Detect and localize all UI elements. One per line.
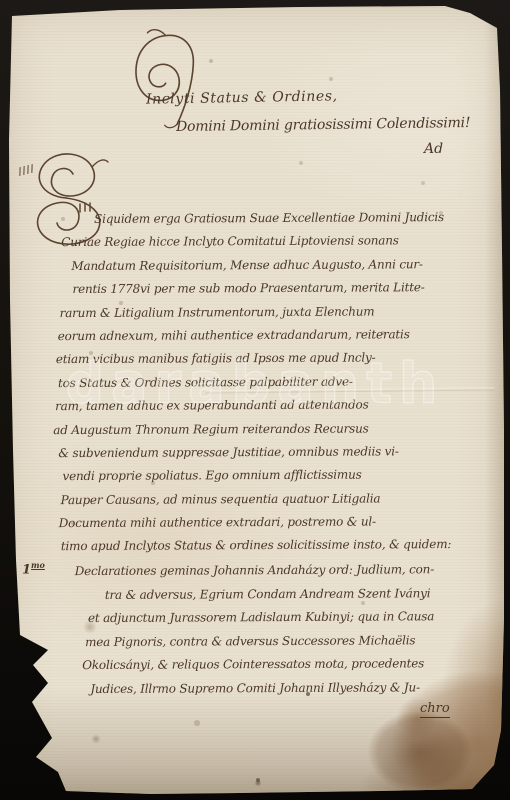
manuscript-line: Curiae Regiae hicce Inclyto Comitatui Li… (61, 229, 494, 255)
manuscript-line: Pauper Causans, ad minus sequentia quatu… (61, 487, 496, 513)
manuscript-line: Siquidem erga Gratiosum Suae Excellentia… (94, 206, 494, 231)
item-number-ordinal: mo (31, 560, 45, 570)
salutation-line-1: Inclyti Status & Ordines, (146, 88, 338, 107)
catchword: chro (420, 701, 450, 718)
manuscript-line: etiam vicibus manibus fatigiis ad Ipsos … (56, 346, 495, 372)
item-number-marker: 1mo (22, 560, 45, 577)
manuscript-line: et adjunctum Jurassorem Ladislaum Kubiny… (88, 605, 505, 631)
manuscript-line: vendi proprie spoliatus. Ego omnium affl… (62, 463, 495, 489)
photo-background: Inclyti Status & Ordines, Domini Domini … (0, 0, 510, 800)
manuscript-line: tos Status & Ordines solicitasse palpabi… (58, 370, 495, 396)
manuscript-line: & subveniendum suppressae Justitiae, omn… (58, 440, 495, 466)
manuscript-line: Documenta mihi authentice extradari, pos… (59, 510, 496, 536)
manuscript-line: Judices, Illrmo Supremo Comiti Johanni I… (90, 675, 505, 701)
manuscript-line: mea Pignoris, contra & adversus Successo… (85, 628, 505, 654)
manuscript-line: Mandatum Requisitorium, Mense adhuc Augu… (71, 253, 494, 279)
manuscript-line: ad Augustum Thronum Regium reiterandos R… (53, 416, 495, 442)
numbered-item-paragraph: Declarationes geminas Johannis Andaházy … (75, 558, 506, 701)
item-number-base: 1 (22, 562, 31, 577)
manuscript-line: rarum & Litigalium Instrumentorum, juxta… (60, 299, 495, 325)
manuscript-page: Inclyti Status & Ordines, Domini Domini … (0, 0, 510, 800)
paper-speckles (0, 0, 2, 2)
manuscript-line: Okolicsányi, & reliquos Cointeressatos m… (82, 652, 505, 678)
main-paragraph: Siquidem erga Gratiosum Suae Excellentia… (49, 206, 496, 559)
manuscript-line: rentis 1778vi per me sub modo Praesentar… (72, 276, 494, 302)
manuscript-line: eorum adnexum, mihi authentice extradand… (58, 323, 495, 349)
manuscript-line: Declarationes geminas Johannis Andaházy … (75, 558, 505, 584)
manuscript-line: timo apud Inclytos Status & ordines soli… (61, 533, 496, 559)
ad-notation: Ad (424, 141, 443, 157)
manuscript-line: tra & adversus, Egrium Condam Andream Sz… (105, 581, 505, 607)
manuscript-line: ram, tamen adhuc ex superabundanti ad at… (55, 393, 495, 419)
salutation-line-2: Domini Domini gratiosissimi Colendissimi… (176, 115, 471, 135)
calligraphic-initial-icon (108, 26, 208, 131)
